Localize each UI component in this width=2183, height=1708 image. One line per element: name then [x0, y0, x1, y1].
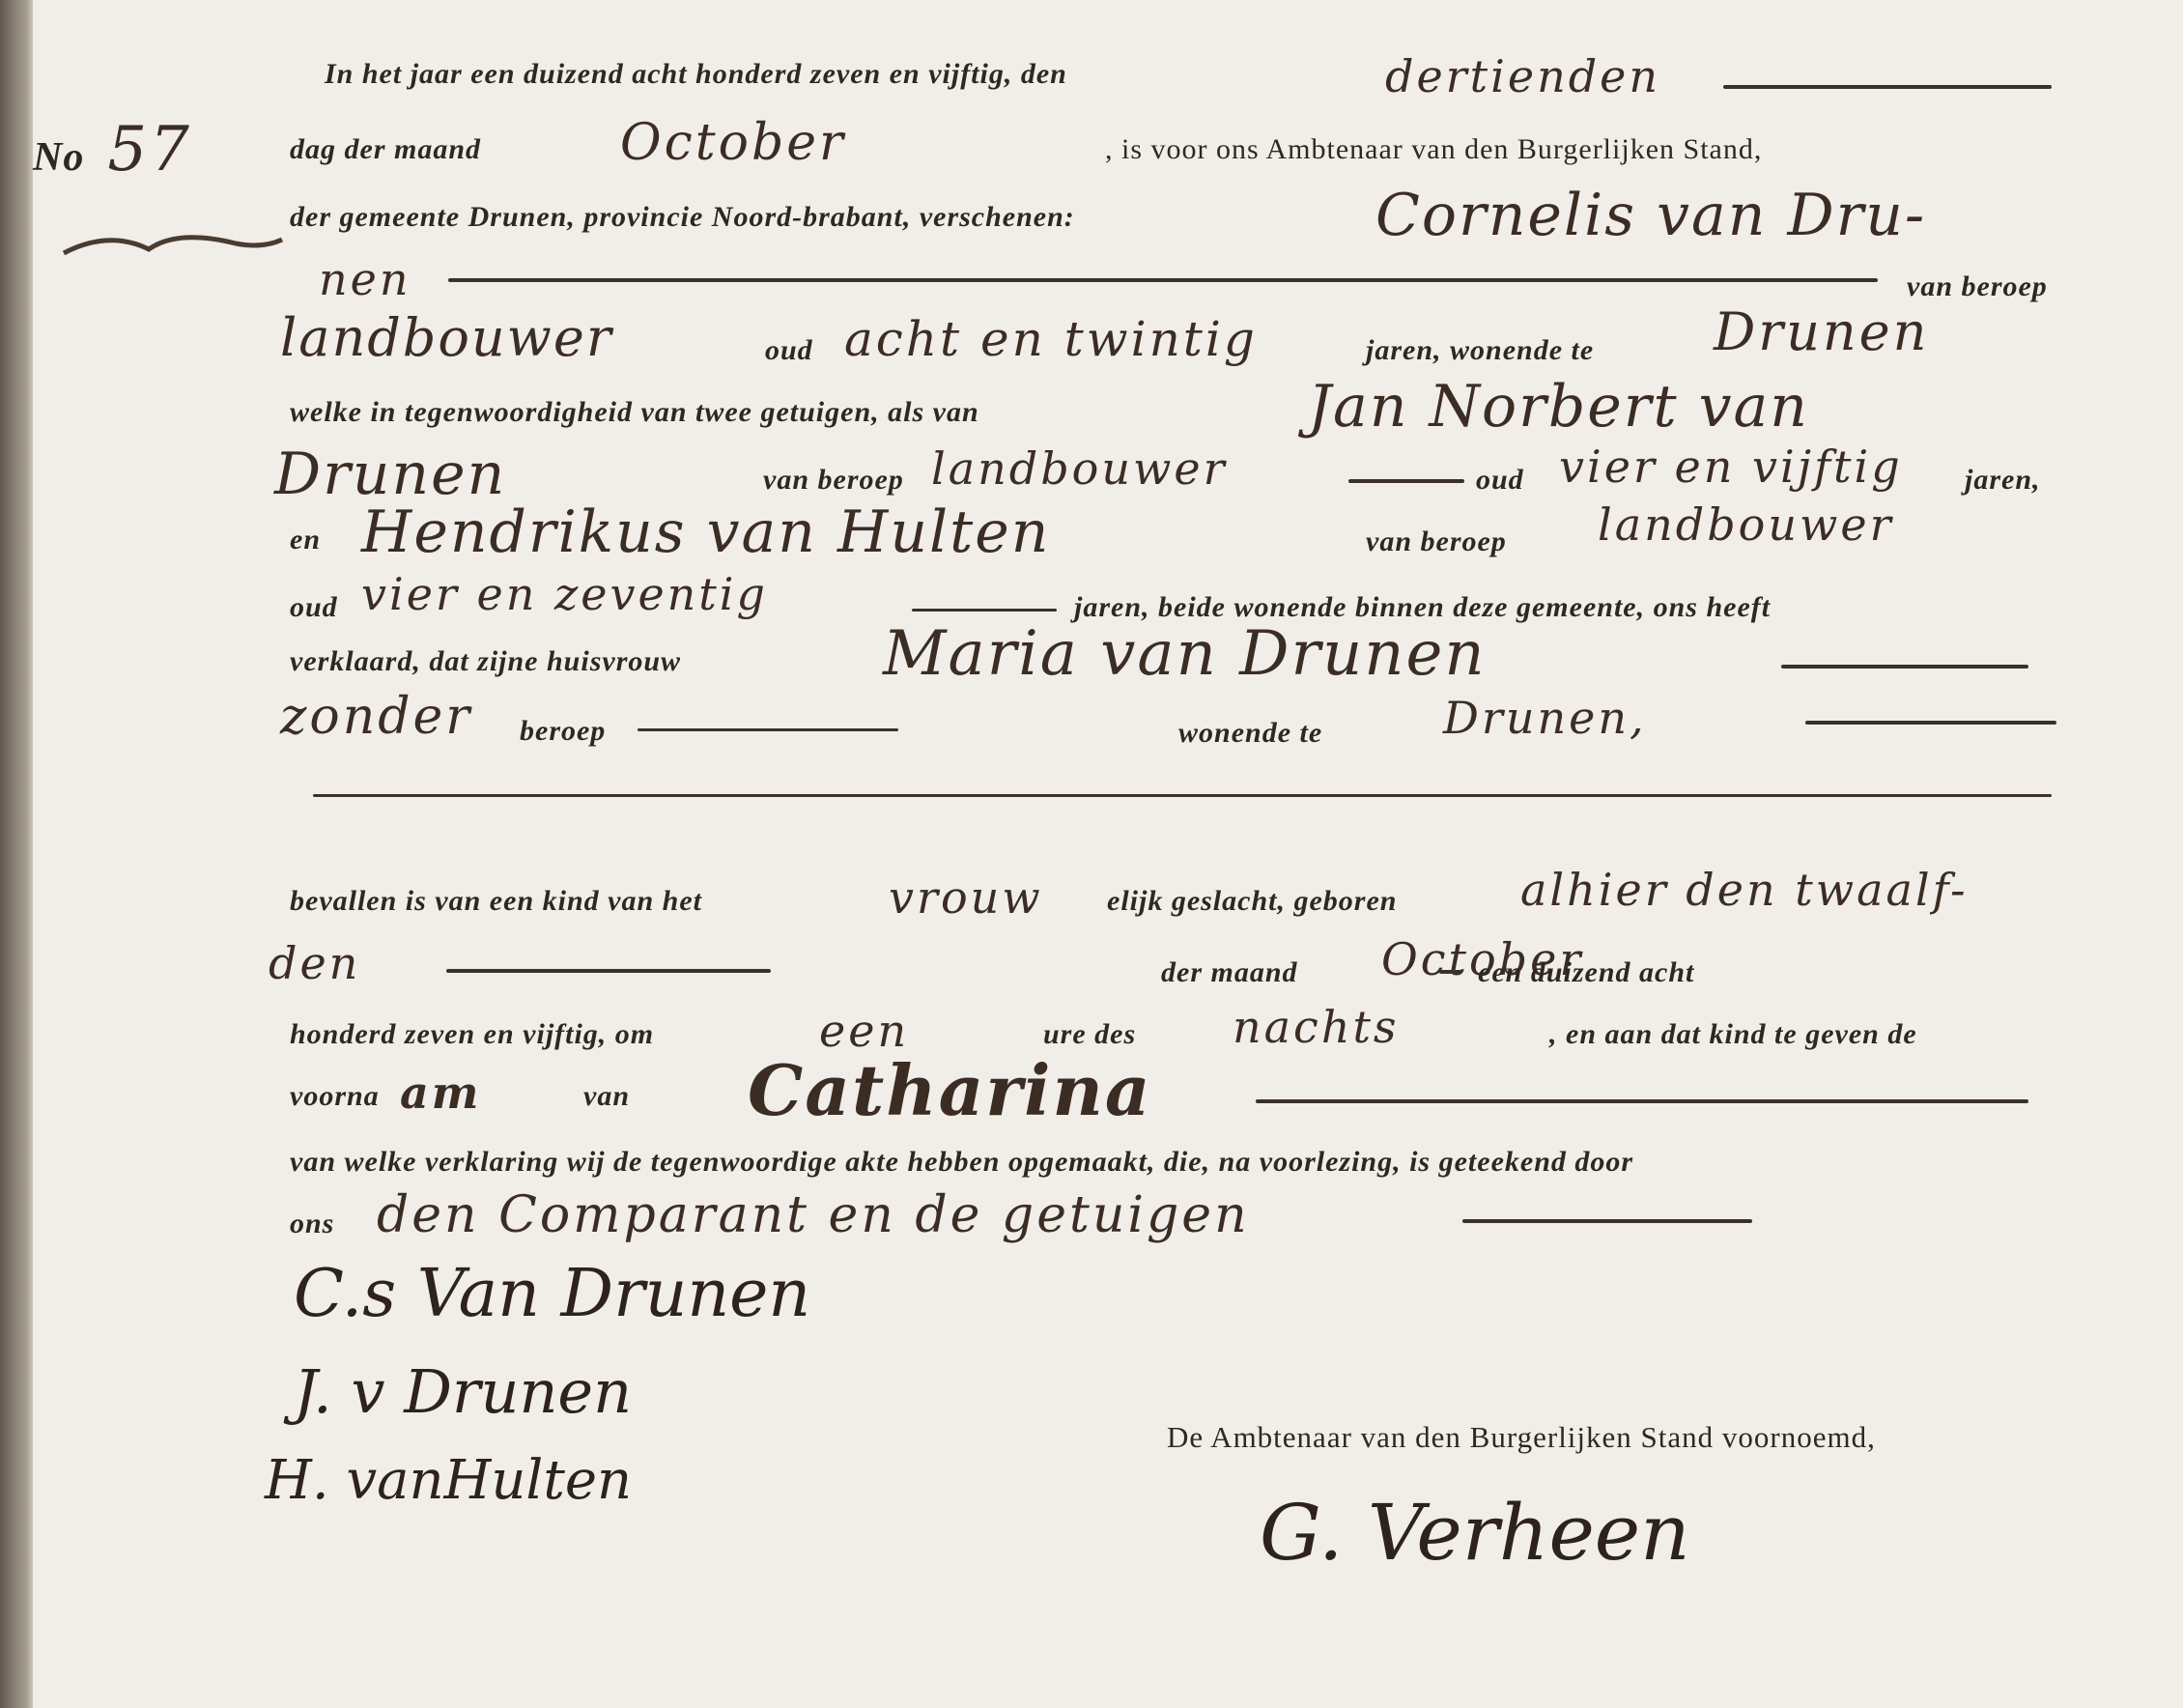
father-name-cont: nen [319, 253, 411, 305]
father-residence-field: Drunen [1714, 301, 1929, 362]
fill-rule [446, 969, 771, 973]
register-page: No 57 In het jaar een duizend acht honde… [33, 0, 2183, 1708]
line-18: ons [290, 1208, 334, 1240]
printed-text: bevallen is van een kind van het [290, 885, 702, 917]
line-14b: een duizend acht [1478, 956, 1694, 989]
printed-text: der gemeente Drunen, provincie Noord-bra… [290, 201, 1075, 233]
birth-day-cont: den [269, 937, 360, 989]
printed-text: jaren, wonende te [1366, 334, 1594, 366]
fill-rule [1348, 479, 1464, 483]
line-2: dag der maand [290, 133, 481, 166]
printed-text: oud [290, 591, 338, 623]
blank-fill-rule [313, 794, 2052, 797]
witness-1-signature: J. v Drunen [294, 1356, 632, 1427]
printed-text: voorna [290, 1080, 380, 1112]
witness-1-age-field: vier en vijftig [1559, 441, 1903, 493]
official-signature: G. Verheen [1260, 1488, 1690, 1578]
witness-1-occupation-field: landbouwer [931, 442, 1228, 495]
printed-text: ure des [1043, 1018, 1136, 1050]
printed-text: ons [290, 1208, 334, 1239]
line-7: van beroep [763, 464, 904, 497]
number-prefix: No [33, 135, 84, 180]
official-label-line: De Ambtenaar van den Burgerlijken Stand … [1167, 1420, 1876, 1455]
month-field: October [620, 114, 846, 172]
printed-text: wonende te [1178, 717, 1322, 749]
line-7c: jaren, [1965, 464, 2041, 497]
father-name-field: Cornelis van Dru- [1375, 182, 1926, 249]
witness-2-age-field: vier en zeventig [361, 568, 768, 620]
fill-rule [1256, 1099, 2028, 1103]
line-3: der gemeente Drunen, provincie Noord-bra… [290, 201, 1075, 234]
mother-residence-field: Drunen, [1443, 692, 1647, 744]
printed-text: van welke verklaring wij de tegenwoordig… [290, 1146, 1633, 1178]
printed-text: welke in tegenwoordigheid van twee getui… [290, 396, 979, 428]
signed-by-field: den Comparant en de getuigen [377, 1186, 1250, 1244]
day-field: dertienden [1385, 50, 1660, 102]
line-16: voorna [290, 1080, 380, 1113]
child-name-field: Catharina [748, 1049, 1152, 1131]
fill-rule [1462, 1219, 1752, 1223]
line-4: van beroep [1907, 270, 2048, 303]
official-label: De Ambtenaar van den Burgerlijken Stand … [1167, 1420, 1876, 1454]
comparant-signature: C.s Van Drunen [294, 1256, 810, 1332]
printed-text: honderd zeven en vijftig, om [290, 1018, 654, 1050]
fill-rule [912, 609, 1057, 612]
line-15c: , en aan dat kind te geven de [1549, 1018, 1917, 1051]
fill-rule [448, 278, 1878, 282]
printed-text: beroep [520, 715, 606, 747]
line-6: welke in tegenwoordigheid van twee getui… [290, 396, 979, 429]
printed-text: dag der maand [290, 133, 481, 165]
line-5b: jaren, wonende te [1366, 334, 1594, 367]
birth-place-day-field: alhier den twaalf- [1520, 864, 1969, 916]
printed-text: jaren, [1965, 464, 2041, 496]
time-of-day-field: nachts [1233, 1001, 1400, 1053]
witness-2-signature: H. vanHulten [265, 1449, 632, 1512]
mother-name-field: Maria van Drunen [883, 618, 1487, 690]
fill-rule [1439, 970, 1462, 974]
line-15b: ure des [1043, 1018, 1136, 1051]
witness-2-name-field: Hendrikus van Hulten [361, 498, 1050, 566]
printed-text: der maand [1161, 956, 1298, 988]
printed-text: verklaard, dat zijne huisvrouw [290, 645, 681, 677]
printed-text: oud [1476, 464, 1524, 496]
printed-text: van beroep [763, 464, 904, 496]
mother-occupation-field: zonder [280, 688, 472, 746]
father-age-field: acht en twintig [844, 311, 1258, 367]
printed-text: , is voor ons Ambtenaar van den Burgerli… [1105, 133, 1762, 165]
line-15: honderd zeven en vijftig, om [290, 1018, 654, 1051]
number-value: 57 [107, 114, 191, 185]
line-10: verklaard, dat zijne huisvrouw [290, 645, 681, 678]
line-5: oud [765, 334, 813, 367]
fill-rule [1805, 721, 2056, 725]
line-14: der maand [1161, 956, 1298, 989]
line-1: In het jaar een duizend acht honderd zev… [325, 58, 1067, 91]
printed-text: In het jaar een duizend acht honderd zev… [325, 58, 1067, 90]
line-17: van welke verklaring wij de tegenwoordig… [290, 1146, 1633, 1179]
line-8b: van beroep [1366, 526, 1507, 558]
printed-text: en [290, 524, 321, 555]
witness-1-name-field: Jan Norbert van [1308, 373, 1809, 441]
printed-text: elijk geslacht, geboren [1107, 885, 1397, 917]
witness-2-occupation-field: landbouwer [1598, 498, 1894, 551]
line-7b: oud [1476, 464, 1524, 497]
line-9: oud [290, 591, 338, 624]
fill-rule [638, 728, 898, 731]
margin-flourish-icon [62, 232, 284, 259]
printed-text: een duizend acht [1478, 956, 1694, 988]
voornaam-suffix: am [400, 1067, 481, 1119]
line-13b: elijk geslacht, geboren [1107, 885, 1397, 918]
line-8: en [290, 524, 321, 556]
line-11: beroep [520, 715, 606, 748]
fill-rule [1781, 665, 2028, 669]
book-binding-edge [0, 0, 33, 1708]
line-11b: wonende te [1178, 717, 1322, 750]
line-13: bevallen is van een kind van het [290, 885, 702, 918]
line-16b: van [583, 1080, 630, 1113]
printed-text: van beroep [1366, 526, 1507, 557]
printed-text: van beroep [1907, 270, 2048, 302]
line-2-rest: , is voor ons Ambtenaar van den Burgerli… [1105, 133, 1762, 166]
child-sex-field: vrouw [889, 871, 1043, 924]
entry-number: No 57 [33, 114, 192, 185]
fill-rule [1723, 85, 2052, 89]
father-occupation-field: landbouwer [280, 307, 613, 368]
printed-text: oud [765, 334, 813, 366]
printed-text: van [583, 1080, 630, 1112]
printed-text: , en aan dat kind te geven de [1549, 1018, 1917, 1050]
